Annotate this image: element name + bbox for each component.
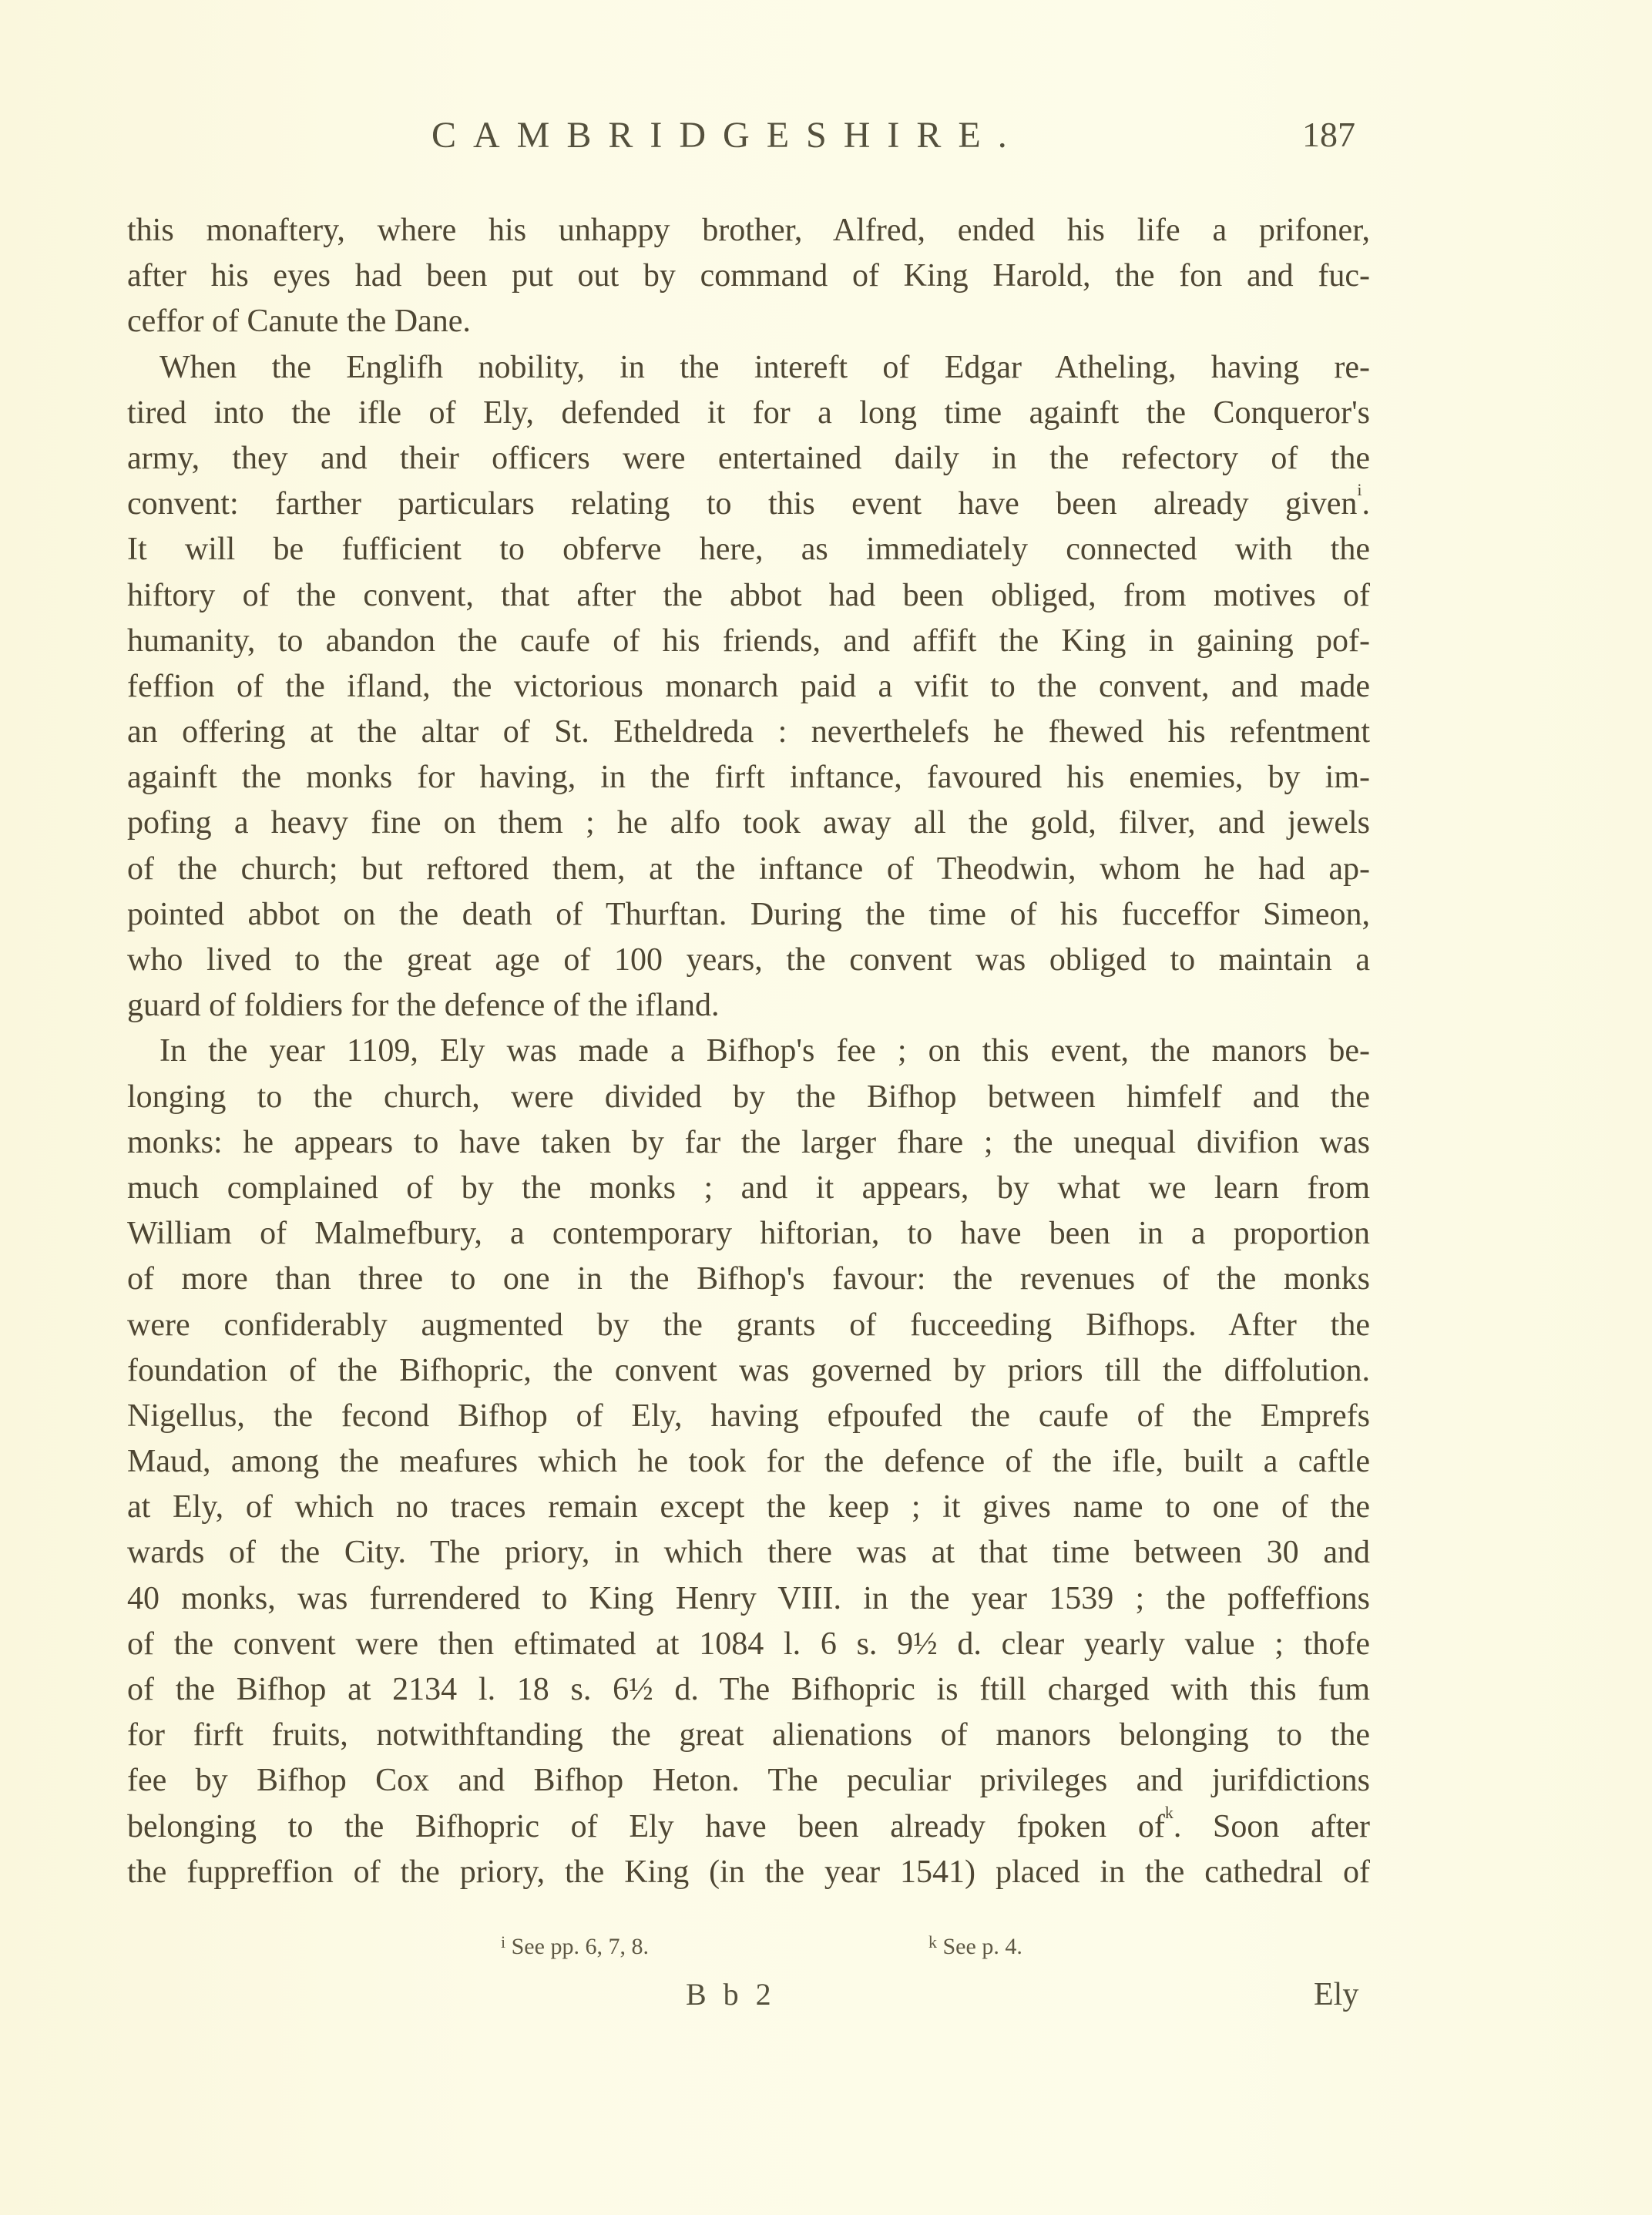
text-line: longing to the church, were divided by t… <box>127 1075 1370 1120</box>
text-line: William of Malmefbury, a contemporary hi… <box>127 1211 1370 1257</box>
text-line: tired into the ifle of Ely, defended it … <box>127 391 1370 436</box>
line-text: monks: he appears to have taken by far t… <box>127 1125 1370 1160</box>
text-line: an offering at the altar of St. Etheldre… <box>127 710 1370 755</box>
line-text: an offering at the altar of St. Etheldre… <box>127 714 1370 750</box>
text-line: feffion of the ifland, the victorious mo… <box>127 664 1370 710</box>
text-line: 40 monks, was furrendered to King Henry … <box>127 1576 1370 1622</box>
line-text: pofing a heavy fine on them ; he alfo to… <box>127 805 1370 841</box>
line-text: of the church; but reftored them, at the… <box>127 851 1370 887</box>
line-text: who lived to the great age of 100 years,… <box>127 942 1370 978</box>
line-text-tail: . <box>1362 486 1371 522</box>
line-text: humanity, to abandon the caufe of his fr… <box>127 623 1370 659</box>
footnote-reference: k <box>1165 1803 1174 1822</box>
text-line: belonging to the Bifhopric of Ely have b… <box>127 1804 1370 1850</box>
line-text: of more than three to one in the Bifhop'… <box>127 1261 1370 1297</box>
line-text: longing to the church, were divided by t… <box>127 1079 1370 1115</box>
text-line: In the year 1109, Ely was made a Bifhop'… <box>127 1029 1370 1074</box>
line-text: pointed abbot on the death of Thurftan. … <box>127 897 1370 932</box>
text-line: fee by Bifhop Cox and Bifhop Heton. The … <box>127 1758 1370 1804</box>
body-text: this monaftery, where his unhappy brothe… <box>127 208 1370 1895</box>
text-line: of more than three to one in the Bifhop'… <box>127 1257 1370 1302</box>
line-text: hiftory of the convent, that after the a… <box>127 578 1370 613</box>
line-text: Nigellus, the fecond Bifhop of Ely, havi… <box>127 1398 1370 1434</box>
footnote-k: k See p. 4. <box>928 1934 1022 1960</box>
text-line: for firft fruits, notwithftanding the gr… <box>127 1713 1370 1758</box>
footnote-text: See pp. 6, 7, 8. <box>512 1934 649 1959</box>
book-page: CAMBRIDGESHIRE. 187 this monaftery, wher… <box>0 0 1652 2215</box>
text-line: pofing a heavy fine on them ; he alfo to… <box>127 800 1370 846</box>
text-line: after his eyes had been put out by comma… <box>127 253 1370 299</box>
line-text: wards of the City. The priory, in which … <box>127 1535 1370 1570</box>
running-title: CAMBRIDGESHIRE. <box>431 114 1024 156</box>
text-line: of the convent were then eftimated at 10… <box>127 1622 1370 1667</box>
text-line: army, they and their officers were enter… <box>127 436 1370 482</box>
footnotes: i See pp. 6, 7, 8. k See p. 4. <box>0 1934 1652 1972</box>
footnote-mark: k <box>928 1932 937 1952</box>
line-text: foundation of the Bifhopric, the convent… <box>127 1353 1370 1388</box>
text-line: againft the monks for having, in the fir… <box>127 755 1370 800</box>
text-line: Maud, among the meafures which he took f… <box>127 1439 1370 1485</box>
text-line: It will be fufficient to obferve here, a… <box>127 527 1370 572</box>
line-text: Maud, among the meafures which he took f… <box>127 1444 1370 1479</box>
line-text: army, they and their officers were enter… <box>127 441 1370 476</box>
text-line: much complained of by the monks ; and it… <box>127 1166 1370 1211</box>
text-line: ceffor of Canute the Dane. <box>127 299 1370 344</box>
line-text: When the Englifh nobility, in the intere… <box>159 350 1370 385</box>
footnote-i: i See pp. 6, 7, 8. <box>501 1934 649 1960</box>
line-text: this monaftery, where his unhappy brothe… <box>127 213 1370 248</box>
signature-mark: B b 2 <box>686 1976 776 2012</box>
line-text: of the convent were then eftimated at 10… <box>127 1626 1370 1662</box>
text-line: were confiderably augmented by the grant… <box>127 1303 1370 1348</box>
page-number: 187 <box>1302 114 1355 155</box>
text-line: When the Englifh nobility, in the intere… <box>127 345 1370 391</box>
text-line: who lived to the great age of 100 years,… <box>127 938 1370 983</box>
line-text: fee by Bifhop Cox and Bifhop Heton. The … <box>127 1763 1370 1798</box>
text-line: at Ely, of which no traces remain except… <box>127 1485 1370 1530</box>
catchword: Ely <box>1314 1976 1358 2013</box>
line-text: belonging to the Bifhopric of Ely have b… <box>127 1809 1165 1844</box>
text-line: Nigellus, the fecond Bifhop of Ely, havi… <box>127 1394 1370 1439</box>
footnote-mark: i <box>501 1932 505 1952</box>
line-text: ceffor of Canute the Dane. <box>127 304 471 339</box>
footnote-text: See p. 4. <box>943 1934 1022 1959</box>
line-text: 40 monks, was furrendered to King Henry … <box>127 1581 1370 1616</box>
line-text: feffion of the ifland, the victorious mo… <box>127 669 1370 704</box>
line-text: againft the monks for having, in the fir… <box>127 760 1370 795</box>
line-text: at Ely, of which no traces remain except… <box>127 1489 1370 1525</box>
line-text: the fuppreffion of the priory, the King … <box>127 1854 1370 1890</box>
line-text: convent: farther particulars relating to… <box>127 486 1357 522</box>
text-line: humanity, to abandon the caufe of his fr… <box>127 619 1370 664</box>
line-text: In the year 1109, Ely was made a Bifhop'… <box>159 1033 1370 1069</box>
text-line: foundation of the Bifhopric, the convent… <box>127 1348 1370 1394</box>
text-line: monks: he appears to have taken by far t… <box>127 1120 1370 1166</box>
line-text: William of Malmefbury, a contemporary hi… <box>127 1216 1370 1251</box>
running-head: CAMBRIDGESHIRE. 187 <box>0 114 1652 168</box>
line-text-tail: . Soon after <box>1174 1809 1370 1844</box>
line-text: were confiderably augmented by the grant… <box>127 1307 1370 1343</box>
line-text: for firft fruits, notwithftanding the gr… <box>127 1717 1370 1753</box>
text-line: wards of the City. The priory, in which … <box>127 1530 1370 1576</box>
text-line: convent: farther particulars relating to… <box>127 482 1370 527</box>
text-line: guard of foldiers for the defence of the… <box>127 983 1370 1029</box>
text-line: of the church; but reftored them, at the… <box>127 847 1370 892</box>
text-line: of the Bifhop at 2134 l. 18 s. 6½ d. The… <box>127 1667 1370 1713</box>
line-text: much complained of by the monks ; and it… <box>127 1170 1370 1206</box>
text-line: hiftory of the convent, that after the a… <box>127 573 1370 619</box>
text-line: the fuppreffion of the priory, the King … <box>127 1850 1370 1895</box>
line-text: tired into the ifle of Ely, defended it … <box>127 395 1370 431</box>
line-text: of the Bifhop at 2134 l. 18 s. 6½ d. The… <box>127 1672 1370 1707</box>
line-text: guard of foldiers for the defence of the… <box>127 988 720 1023</box>
text-line: pointed abbot on the death of Thurftan. … <box>127 892 1370 938</box>
text-line: this monaftery, where his unhappy brothe… <box>127 208 1370 253</box>
line-text: It will be fufficient to obferve here, a… <box>127 532 1370 567</box>
line-text: after his eyes had been put out by comma… <box>127 258 1370 294</box>
